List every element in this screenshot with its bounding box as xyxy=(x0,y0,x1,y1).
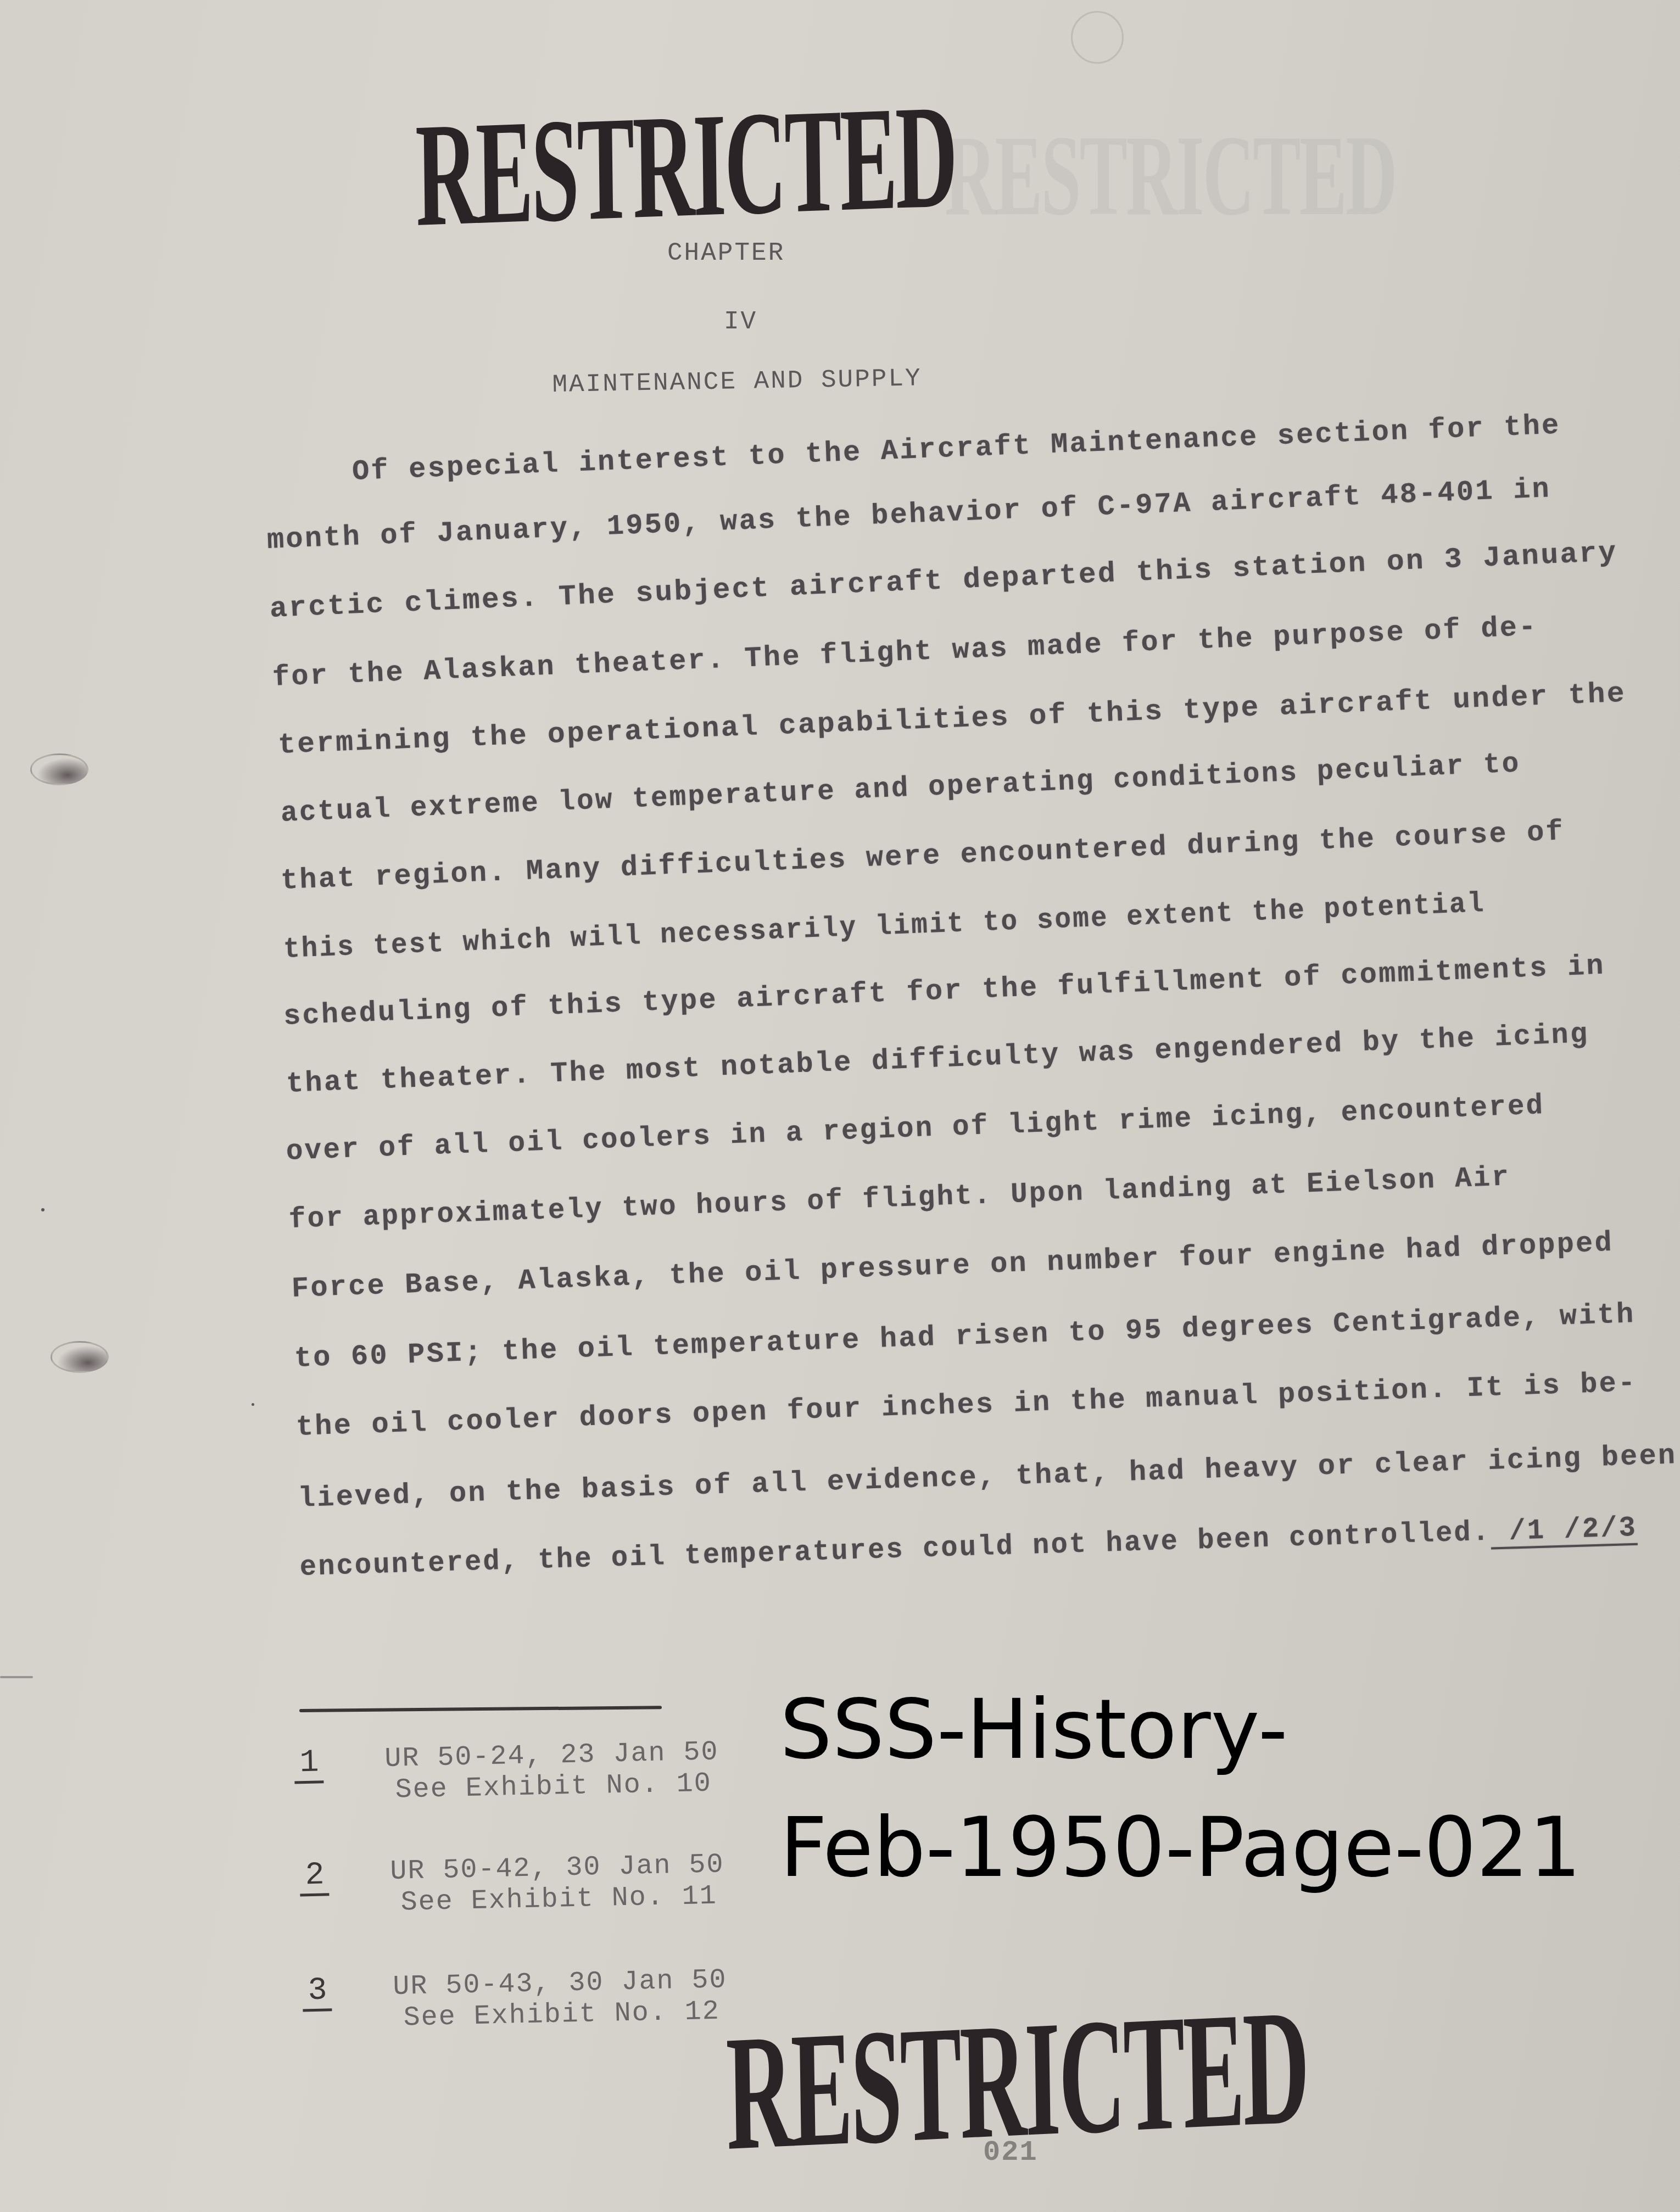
footnote-mark: 1 xyxy=(294,1745,323,1784)
classification-stamp-bottom: RESTRICTED xyxy=(725,1972,1309,2188)
binder-hole-bottom xyxy=(51,1341,109,1373)
footnote-1: 1 UR 50-24, 23 Jan 50 See Exhibit No. 10 xyxy=(384,1736,719,1806)
binder-hole-top xyxy=(30,753,88,785)
bleed-through-stamp: RESTRICTED xyxy=(945,110,1396,242)
overlay-label-line1: SSS-History- xyxy=(780,1689,1288,1771)
footnote-2: 2 UR 50-42, 30 Jan 50 See Exhibit No. 11 xyxy=(390,1849,725,1919)
overlay-label-line2: Feb-1950-Page-021 xyxy=(780,1807,1581,1889)
footnote-mark: 2 xyxy=(299,1857,329,1896)
chapter-label: CHAPTER xyxy=(667,239,785,267)
footnote-references: /1 /2/3 xyxy=(1490,1512,1638,1549)
chapter-number: IV xyxy=(724,308,757,336)
punch-mark xyxy=(1071,11,1124,64)
paper-speck xyxy=(41,1208,44,1211)
paper-speck xyxy=(252,1403,254,1406)
paper-edge-mark xyxy=(0,1676,33,1678)
footnote-mark: 3 xyxy=(302,1973,332,2012)
footnote-3: 3 UR 50-43, 30 Jan 50 See Exhibit No. 12 xyxy=(393,1964,728,2034)
classification-stamp-top: RESTRICTED xyxy=(415,71,957,260)
